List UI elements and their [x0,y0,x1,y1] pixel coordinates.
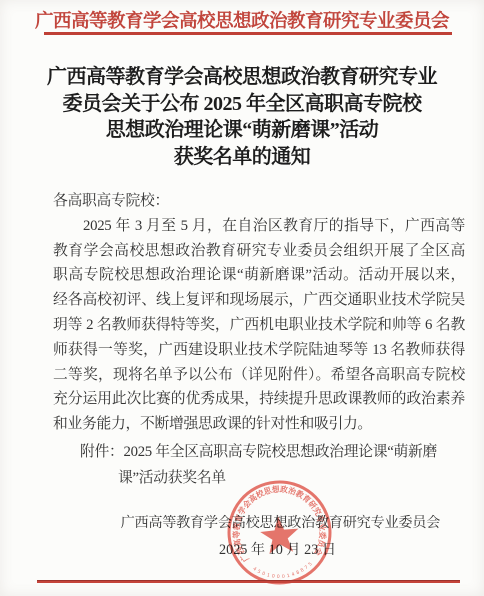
seal-star-icon [259,515,300,555]
body-line: 经各高校初评、线上复评和现场展示，广西交通职业技术学院吴 [53,288,465,313]
body-line: 教育学会高校思想政治教育研究专业委员会组织开展了全区高 [53,239,465,264]
letterhead-divider [44,32,452,35]
notice-title-line: 广西高等教育学会高校思想政治教育研究专业 [0,64,484,91]
notice-title-line: 思想政治理论课“萌新磨课”活动 [0,117,484,144]
attachment-line: 附件：2025 年全区高职高专院校思想政治理论课“萌新磨 [80,439,437,465]
body-line: 2025 年 3 月至 5 月，在自治区教育厅的指导下，广西高等 [53,214,465,239]
notice-title-line: 获奖名单的通知 [0,144,484,171]
body-line: 师获得一等奖，广西建设职业技术学院陆迪琴等 13 名教师获得 [53,338,465,363]
body-line: 充分运用此次比赛的优秀成果，持续提升思政课教师的政治素养 [53,387,465,412]
notice-title-line: 委员会关于公布 2025 年全区高职高专院校 [0,91,484,118]
notice-body: 各高职高专院校： 2025 年 3 月至 5 月，在自治区教育厅的指导下，广西高… [53,189,465,437]
issuer-signature: 广西高等教育学会高校思想政治教育研究专业委员会 [0,512,440,532]
footer-divider [37,580,460,583]
body-line: 玥等 2 名教师获得特等奖，广西机电职业技术学院和帅等 6 名教 [53,313,465,338]
document-page: 广西高等教育学会高校思想政治教育研究专业委员会 广西高等教育学会高校思想政治教育… [0,0,484,596]
body-line: 和业务能力，不断增强思政课的针对性和吸引力。 [53,412,465,437]
notice-title: 广西高等教育学会高校思想政治教育研究专业 委员会关于公布 2025 年全区高职高… [0,64,484,170]
letterhead-org-name: 广西高等教育学会高校思想政治教育研究专业委员会 [0,7,484,33]
salutation: 各高职高专院校： [53,189,465,214]
body-line: 职高专院校思想政治理论课“萌新磨课”活动。活动开展以来， [53,263,465,288]
body-line: 二等奖，现将名单予以公布（详见附件）。希望各高职高专院校 [53,363,465,388]
official-seal: 广西高等教育学会高校思想政治教育研究专业委员会 4501000148875 [222,475,338,591]
